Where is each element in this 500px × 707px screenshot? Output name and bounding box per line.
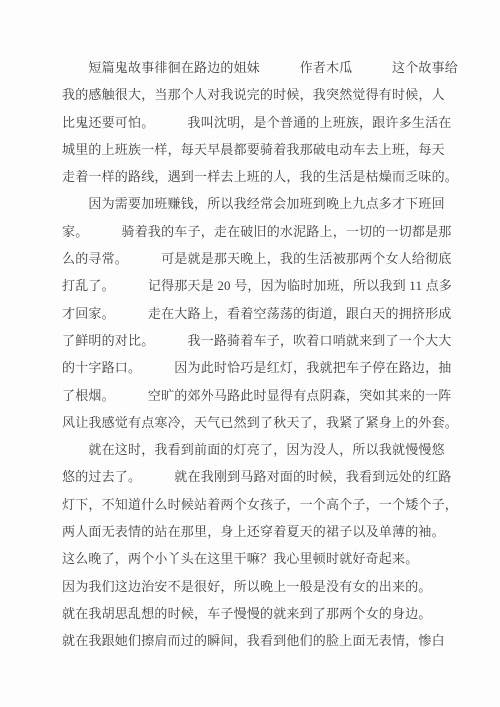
text-line: 就在这时，我看到前面的灯亮了，因为没人，所以我就慢慢悠 [62,436,446,463]
text-line: 比鬼还要可怕。 我叫沈明，是个普通的上班族，跟许多生活在 [62,109,446,136]
text-line: 因为我们这边治安不是很好，所以晚上一般是没有女的出来的。 [62,573,446,600]
text-line: 两人面无表情的站在那里，身上还穿着夏天的裙子以及单薄的袖。 [62,518,446,545]
text-line: 了鲜明的对比。 我一路骑着车子，吹着口哨就来到了一个大大 [62,327,446,354]
text-line: 就在我跟她们擦肩而过的瞬间，我看到他们的脸上面无表情，惨白 [62,627,446,654]
text-line: 悠的过去了。 就在我刚到马路对面的时候，我看到远处的红路 [62,463,446,490]
text-line: 才回家。 走在大路上，看着空荡荡的街道，跟白天的拥挤形成 [62,300,446,327]
text-line: 因为需要加班赚钱，所以我经常会加班到晚上九点多才下班回 [62,190,446,217]
text-line: 我的感触很大，当那个人对我说完的时候，我突然觉得有时候，人 [62,81,446,108]
text-line: 打乱了。 记得那天是 20 号，因为临时加班，所以我到 11 点多 [62,272,446,299]
title-author-line: 短篇鬼故事徘徊在路边的姐妹 作者木瓜 这个故事给 [62,54,446,81]
text-line: 城里的上班族一样，每天早晨都要骑着我那破电动车去上班，每天 [62,136,446,163]
story-text-block: 短篇鬼故事徘徊在路边的姐妹 作者木瓜 这个故事给 我的感触很大，当那个人对我说完… [62,54,446,655]
text-line: 了根烟。 空旷的郊外马路此时显得有点阴森，突如其来的一阵 [62,382,446,409]
text-line: 灯下，不知道什么时候站着两个女孩子，一个高个子，一个矮个子， [62,491,446,518]
text-line: 就在我胡思乱想的时候，车子慢慢的就来到了那两个女的身边。 [62,600,446,627]
story-document-page: 短篇鬼故事徘徊在路边的姐妹 作者木瓜 这个故事给 我的感触很大，当那个人对我说完… [0,0,500,707]
text-line: 这么晚了，两个小丫头在这里干嘛？我心里顿时就好奇起来。 [62,545,446,572]
text-line: 风让我感觉有点寒冷，天气已然到了秋天了，我紧了紧身上的外套。 [62,409,446,436]
text-line: 么的寻常。 可是就是那天晚上，我的生活被那两个女人给彻底 [62,245,446,272]
text-line: 家。 骑着我的车子，走在破旧的水泥路上，一切的一切都是那 [62,218,446,245]
text-line: 走着一样的路线，遇到一样去上班的人，我的生活是枯燥而乏味的。 [62,163,446,190]
text-line: 的十字路口。 因为此时恰巧是红灯，我就把车子停在路边，抽 [62,354,446,381]
